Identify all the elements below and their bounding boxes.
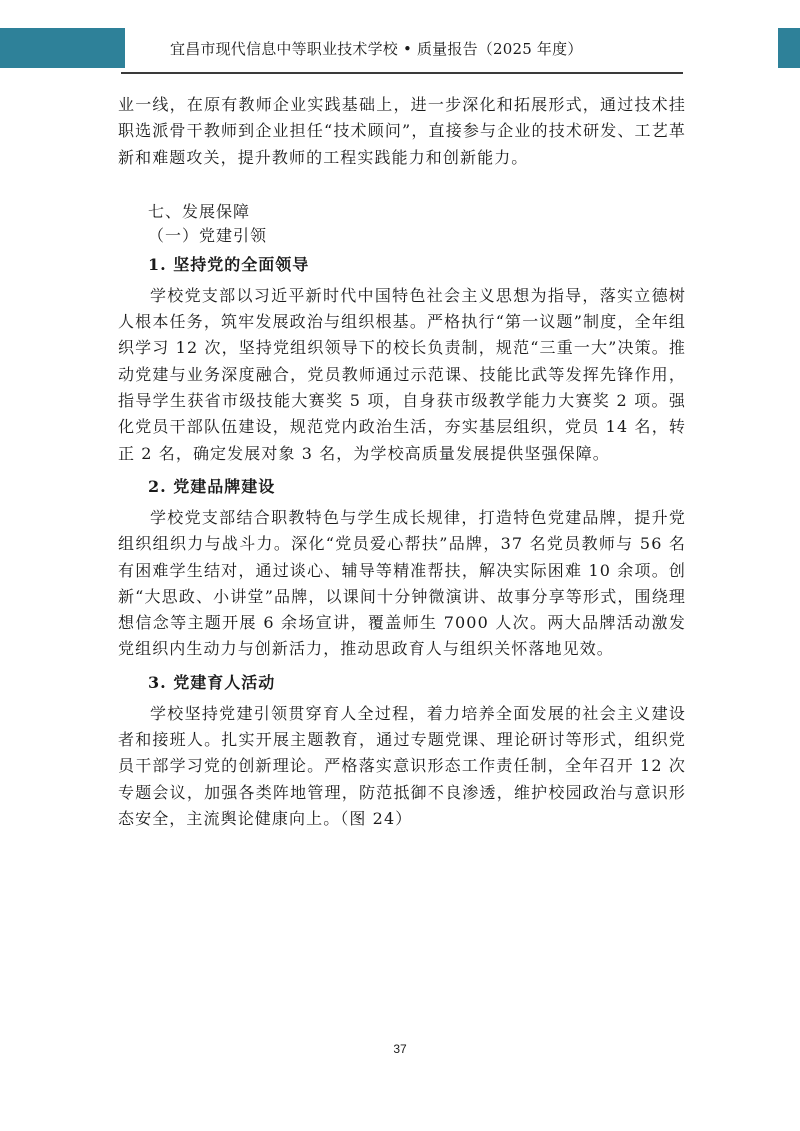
page-content: 业一线，在原有教师企业实践基础上，进一步深化和拓展形式，通过技术挂职选派骨干教师… — [118, 92, 686, 832]
item-heading-3: 3. 党建育人活动 — [118, 669, 686, 697]
page-number: 37 — [0, 1042, 800, 1056]
intro-paragraph: 业一线，在原有教师企业实践基础上，进一步深化和拓展形式，通过技术挂职选派骨干教师… — [118, 92, 686, 171]
item-paragraph-3: 学校坚持党建引领贯穿育人全过程，着力培养全面发展的社会主义建设者和接班人。扎实开… — [118, 701, 686, 832]
header-divider — [121, 72, 683, 74]
item-paragraph-2: 学校党支部结合职教特色与学生成长规律，打造特色党建品牌，提升党组织组织力与战斗力… — [118, 505, 686, 663]
header-accent-bar-right — [778, 28, 800, 68]
running-header-title: 宜昌市现代信息中等职业技术学校 • 质量报告（2025 年度） — [170, 38, 583, 59]
item-heading-1: 1. 坚持党的全面领导 — [118, 251, 686, 279]
header-accent-bar-left — [0, 28, 125, 68]
subsection-title: （一）党建引领 — [118, 225, 686, 247]
item-heading-2: 2. 党建品牌建设 — [118, 473, 686, 501]
spacer — [118, 171, 686, 199]
section-title: 七、发展保障 — [118, 199, 686, 225]
item-paragraph-1: 学校党支部以习近平新时代中国特色社会主义思想为指导，落实立德树人根本任务，筑牢发… — [118, 283, 686, 467]
